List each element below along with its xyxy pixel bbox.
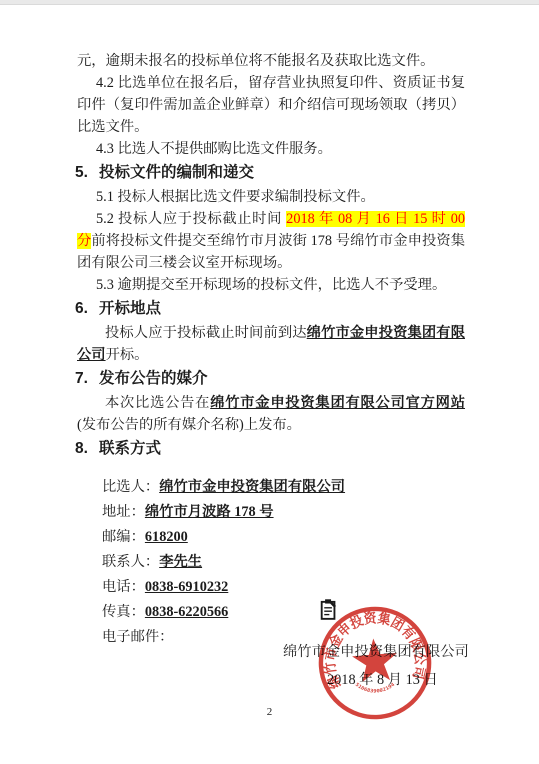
contact-row-phone: 电话：0838-6910232 — [102, 575, 465, 600]
clause-6-suffix: 开标。 — [106, 347, 149, 363]
contact-row-bidder: 比选人：绵竹市金申投资集团有限公司 — [102, 475, 465, 500]
section-heading-7: 7.发布公告的媒介 — [75, 367, 465, 391]
contact-value: 绵竹市月波路 178 号 — [145, 504, 274, 520]
clause-4-3: 4.3 比选人不提供邮购比选文件服务。 — [77, 138, 465, 160]
contact-row-person: 联系人：李先生 — [102, 550, 465, 575]
clause-5-1: 5.1 投标人根据比选文件要求编制投标文件。 — [77, 186, 465, 208]
contact-label: 电子邮件： — [102, 629, 173, 645]
contact-label: 联系人： — [102, 554, 159, 570]
document-page: 元，逾期未报名的投标单位将不能报名及获取比选文件。 4.2 比选单位在报名后，留… — [0, 0, 539, 764]
clause-7-suffix: (发布公告的所有媒介名称)上发布。 — [77, 417, 301, 433]
document-content: 元，逾期未报名的投标单位将不能报名及获取比选文件。 4.2 比选单位在报名后，留… — [77, 50, 465, 650]
intro-continuation-line: 元，逾期未报名的投标单位将不能报名及获取比选文件。 — [77, 50, 465, 72]
contact-value: 0838-6910232 — [145, 579, 228, 595]
clause-5-2-prefix: 5.2 投标人应于投标截止时间 — [96, 211, 286, 227]
contact-label: 地址： — [102, 504, 145, 520]
section-5-title: 投标文件的编制和递交 — [99, 164, 254, 181]
contact-label: 邮编： — [102, 529, 145, 545]
contact-value: 618200 — [145, 529, 188, 545]
clause-5-3: 5.3 逾期提交至开标现场的投标文件，比选人不予受理。 — [77, 274, 465, 296]
contact-row-postcode: 邮编：618200 — [102, 525, 465, 550]
section-5-number: 5. — [75, 161, 99, 185]
section-8-number: 8. — [75, 437, 99, 461]
svg-text:5106839002194: 5106839002194 — [354, 679, 397, 696]
section-6-title: 开标地点 — [99, 300, 161, 317]
star-icon — [351, 637, 399, 683]
clause-7-paragraph: 本次比选公告在绵竹市金申投资集团有限公司官方网站(发布公告的所有媒介名称)上发布… — [77, 392, 465, 436]
section-7-title: 发布公告的媒介 — [99, 370, 208, 387]
contact-row-address: 地址：绵竹市月波路 178 号 — [102, 500, 465, 525]
page-number: 2 — [0, 706, 539, 718]
contact-label: 传真： — [102, 604, 145, 620]
clause-7-prefix: 本次比选公告在 — [105, 395, 210, 411]
section-7-number: 7. — [75, 367, 99, 391]
contact-value: 绵竹市金申投资集团有限公司 — [159, 479, 345, 495]
section-8-title: 联系方式 — [99, 440, 161, 457]
section-heading-8: 8.联系方式 — [75, 437, 465, 461]
clipboard-icon — [320, 598, 337, 621]
section-6-number: 6. — [75, 297, 99, 321]
clause-7-media-name: 绵竹市金申投资集团有限公司官方网站 — [210, 395, 465, 411]
clause-6-paragraph: 投标人应于投标截止时间前到达绵竹市金申投资集团有限公司开标。 — [77, 322, 465, 366]
clause-6-prefix: 投标人应于投标截止时间前到达 — [105, 325, 307, 341]
section-heading-6: 6.开标地点 — [75, 297, 465, 321]
contact-label: 电话： — [102, 579, 145, 595]
contact-label: 比选人： — [102, 479, 159, 495]
clause-4-2: 4.2 比选单位在报名后，留存营业执照复印件、资质证书复印件（复印件需加盖企业鲜… — [77, 72, 465, 138]
clause-5-2-suffix: 前将投标文件提交至绵竹市月波街 178 号绵竹市金申投资集团有限公司三楼会议室开… — [77, 233, 465, 271]
seal-serial-number: 5106839002194 — [354, 679, 397, 696]
section-heading-5: 5.投标文件的编制和递交 — [75, 161, 465, 185]
page-top-edge — [0, 0, 539, 5]
contact-value: 0838-6220566 — [145, 604, 228, 620]
clause-5-2: 5.2 投标人应于投标截止时间 2018 年 08 月 16 日 15 时 00… — [77, 208, 465, 274]
contact-value: 李先生 — [159, 554, 202, 570]
